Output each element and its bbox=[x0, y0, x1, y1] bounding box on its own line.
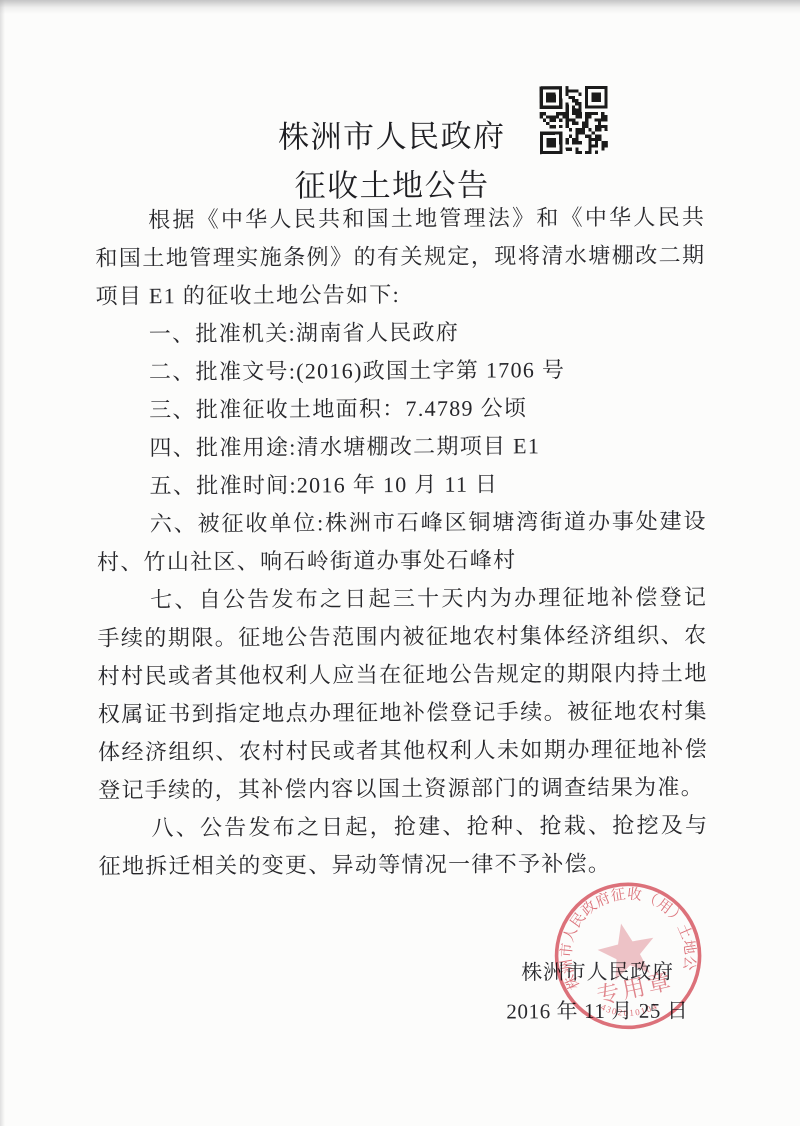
item-approval-date: 五、批准时间:2016 年 10 月 11 日 bbox=[97, 464, 707, 505]
item-registration-period: 七、自公告发布之日起三十天内为办理征地补偿登记手续的期限。征地公告范围内被征地农… bbox=[97, 578, 708, 809]
item-approval-number: 二、批准文号:(2016)政国土字第 1706 号 bbox=[96, 350, 706, 391]
item-approved-use: 四、批准用途:清水塘棚改二期项目 E1 bbox=[96, 426, 706, 467]
qr-code-icon bbox=[540, 86, 608, 154]
item-approved-area: 三、批准征收土地面积：7.4789 公顷 bbox=[96, 388, 706, 429]
document-body: 根据《中华人民共和国土地管理法》和《中华人民共和国土地管理实施条例》的有关规定，… bbox=[95, 198, 709, 885]
item-approving-authority: 一、批准机关:湖南省人民政府 bbox=[96, 312, 706, 353]
document-content: 株洲市人民政府 征收土地公告 根据《中华人民共和国土地管理法》和《中华人民共和国… bbox=[0, 0, 800, 1126]
official-seal: 株洲市人民政府征收（用）土地公告 专用章 4302010104 bbox=[543, 870, 714, 1041]
announcement-intro: 根据《中华人民共和国土地管理法》和《中华人民共和国土地管理实施条例》的有关规定，… bbox=[95, 198, 706, 315]
document-title: 株洲市人民政府 征收土地公告 bbox=[0, 110, 786, 212]
document-title-line-1: 株洲市人民政府 bbox=[0, 110, 786, 163]
seal-center-text: 专用章 bbox=[594, 968, 676, 1009]
scanned-document-page: 株洲市人民政府 征收土地公告 根据《中华人民共和国土地管理法》和《中华人民共和国… bbox=[0, 0, 800, 1126]
item-expropriated-units: 六、被征收单位:株洲市石峰区铜塘湾街道办事处建设村、竹山社区、响石岭街道办事处石… bbox=[97, 502, 707, 581]
